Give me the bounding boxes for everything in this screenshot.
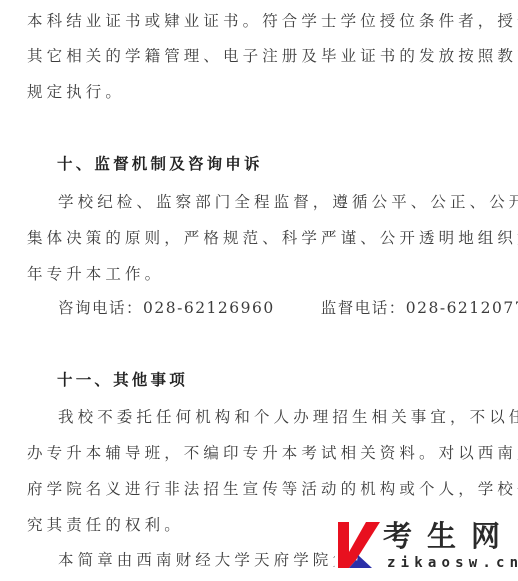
body-text-line: 府学院名义进行非法招生宣传等活动的机构或个人，学校保留依法追 <box>27 479 518 499</box>
body-text-line: 年专升本工作。 <box>27 264 164 284</box>
consult-phone-number: 028-62126960 <box>143 299 275 317</box>
supervise-phone-number: 028-62120771 <box>406 299 518 317</box>
body-text-line: 办专升本辅导班，不编印专升本考试相关资料。对以西南财经大学天 <box>27 443 518 463</box>
section-heading: 十一、其他事项 <box>57 370 188 390</box>
body-text-line: 我校不委托任何机构和个人办理招生相关事宜，不以任何名义举 <box>58 407 518 427</box>
body-text-line: 学校纪检、监察部门全程监督，遵循公平、公正、公开、择优、 <box>58 192 518 212</box>
supervise-phone-label: 监督电话： <box>321 299 406 317</box>
body-text-line: 本科结业证书或肄业证书。符合学士学位授位条件者，授予学士学位。 <box>27 11 518 31</box>
body-text-line: 规定执行。 <box>27 82 125 102</box>
body-text-line: 其它相关的学籍管理、电子注册及毕业证书的发放按照教育部的有关 <box>27 46 518 66</box>
watermark-logo: 考生网 zikaosw.cn <box>335 518 518 581</box>
consult-phone-label: 咨询电话： <box>58 299 143 317</box>
logo-title: 考生网 <box>383 520 515 552</box>
logo-url: zikaosw.cn <box>387 555 518 571</box>
contact-phones: 咨询电话：028-62126960监督电话：028-62120771 <box>58 298 518 318</box>
k-logo-icon <box>338 522 380 568</box>
section-heading: 十、监督机制及咨询申诉 <box>57 154 263 174</box>
body-text-line: 究其责任的权利。 <box>27 515 184 535</box>
body-text-line: 集体决策的原则，严格规范、科学严谨、公开透明地组织实施 2023 <box>27 228 518 248</box>
